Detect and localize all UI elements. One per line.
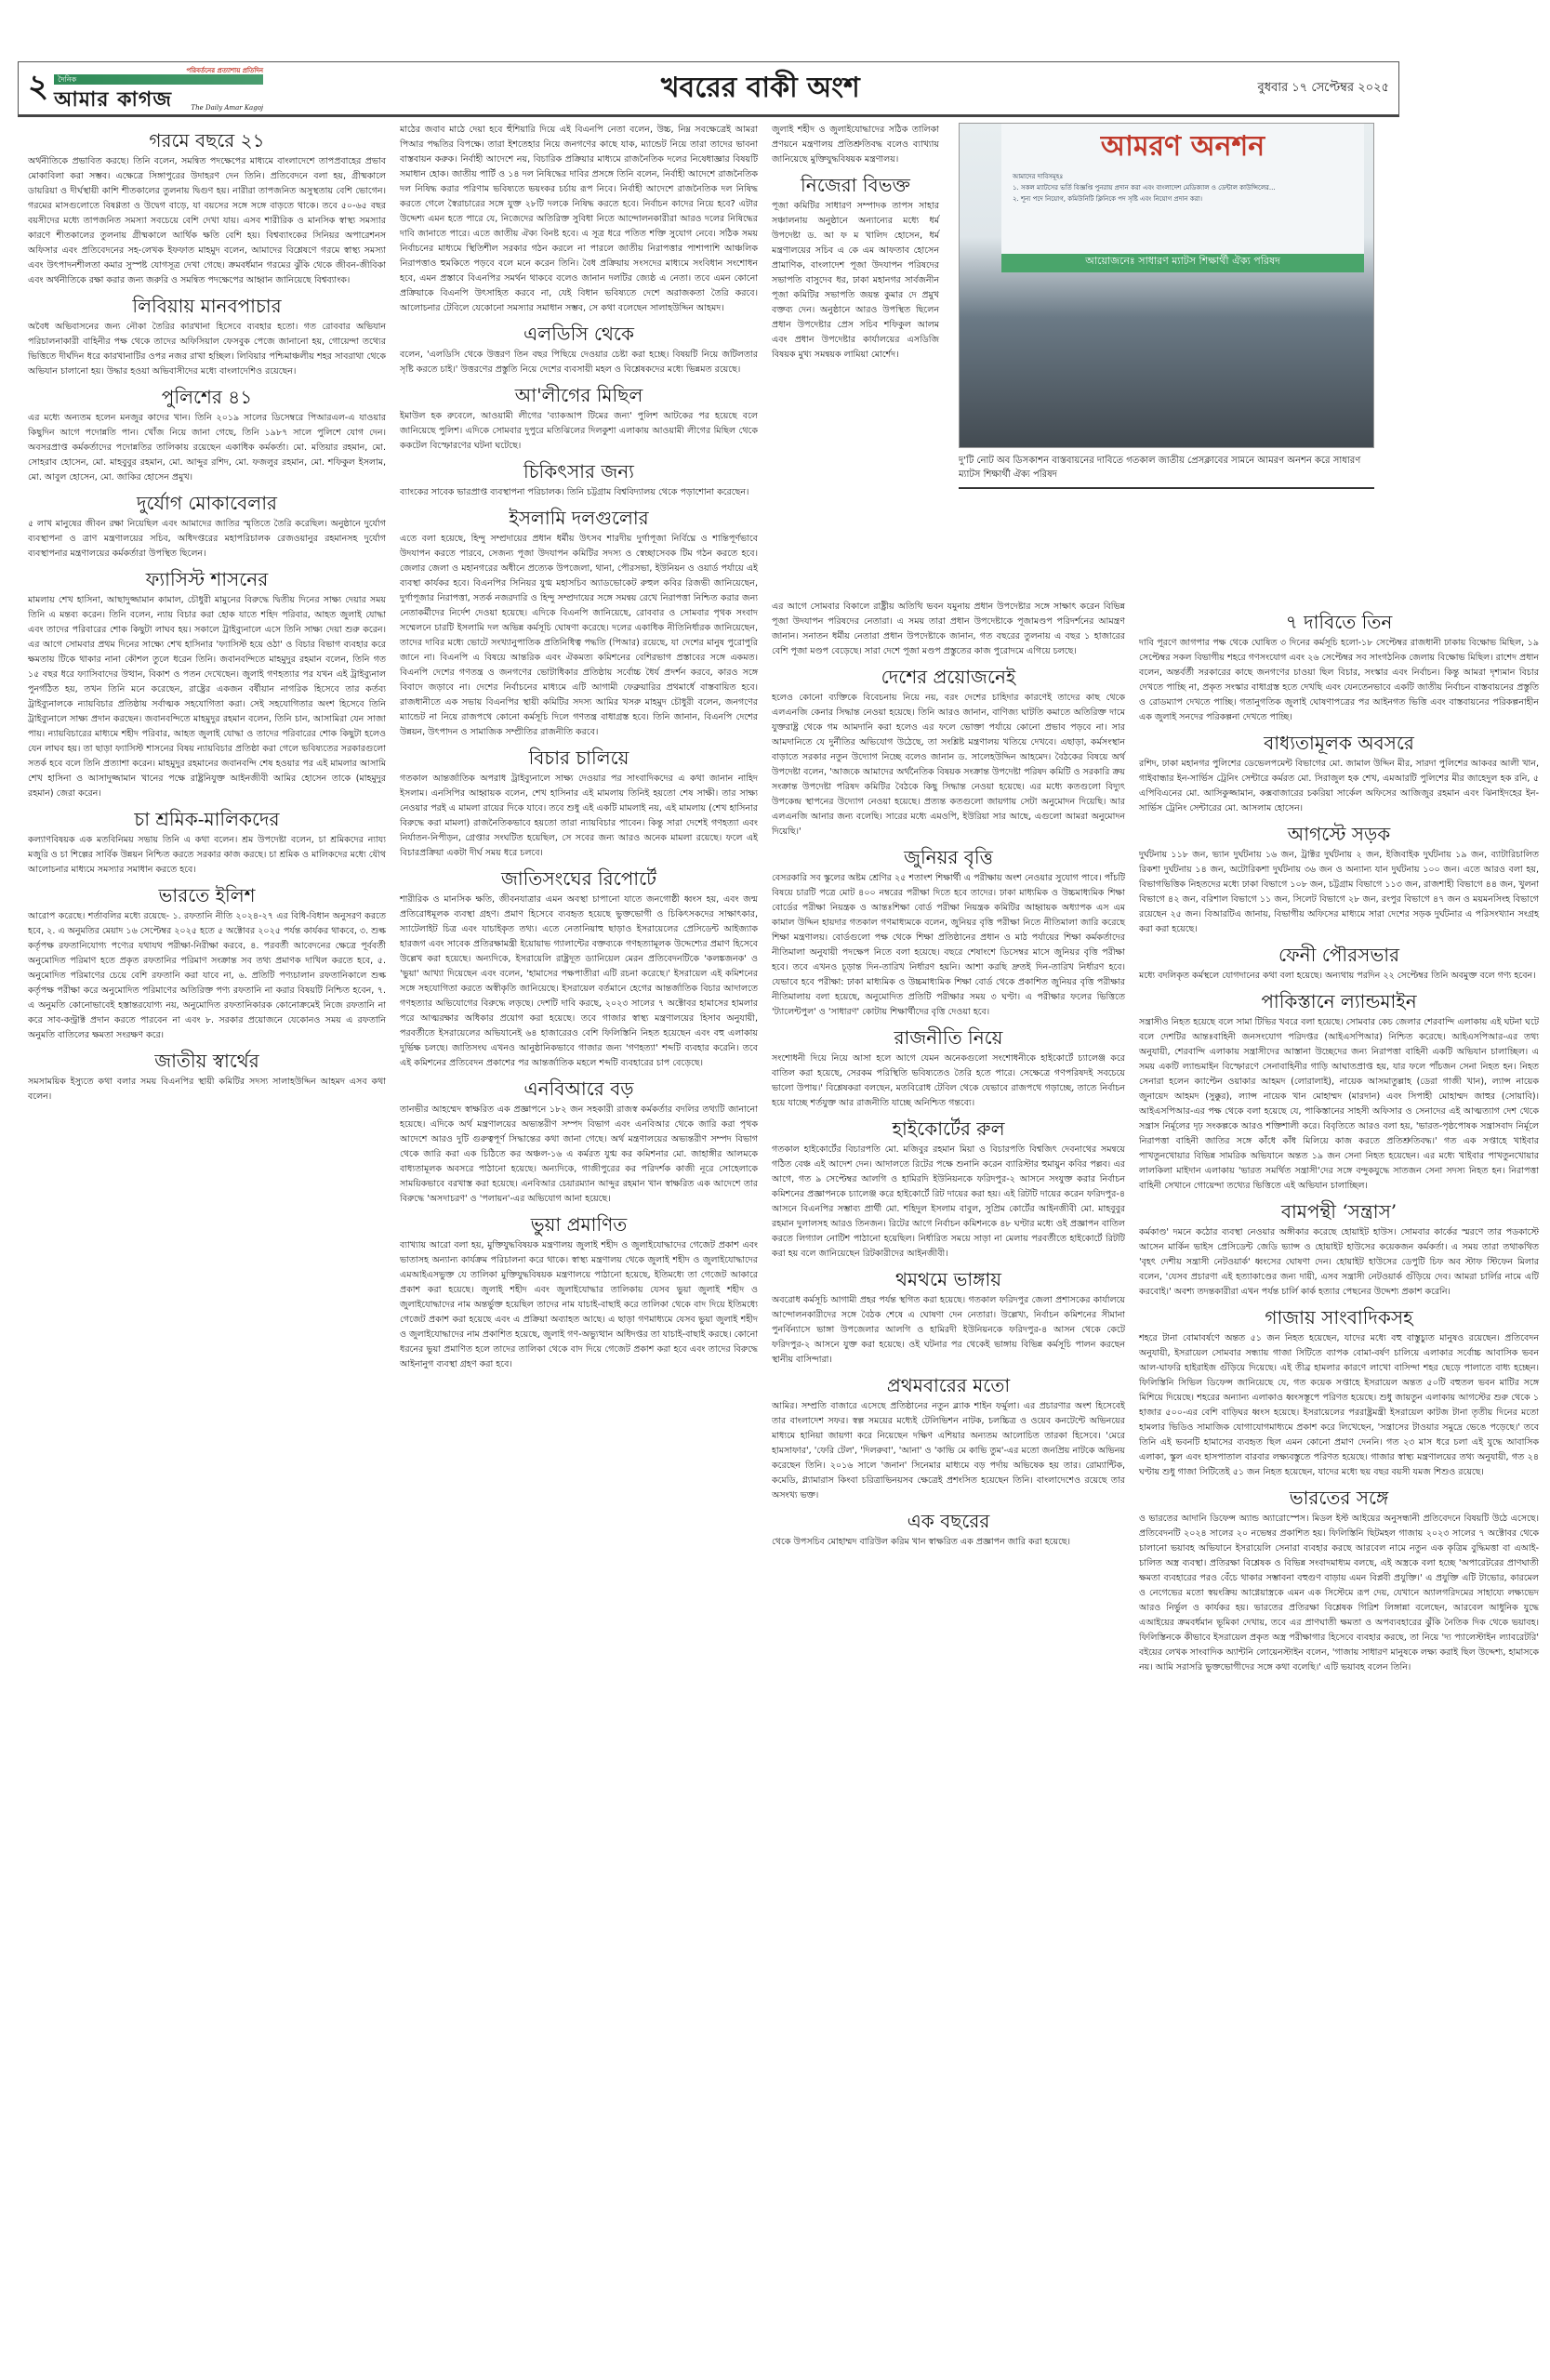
article-body: ৫ লাখ মানুষের জীবন রক্ষা নিয়েছিল এবং আম… [28,517,386,562]
article-headline: জাতীয় স্বার্থের [28,1049,386,1073]
column-3-top: জুলাই শহীদ ও জুলাইযোদ্ধাদের সঠিক তালিকা … [772,123,939,363]
article-headline: পাকিস্তানে ল্যান্ডমাইন [1139,989,1539,1013]
article-headline: বিচার চালিয়ে [400,746,758,770]
article-headline: পুলিশের ৪১ [28,385,386,409]
article-headline: জুনিয়র বৃত্তি [772,845,1125,869]
banner-demands-label: আমাদের দাবিসমূহঃ [1001,171,1364,182]
column-2: মাঠের জবাব মাঠে দেয়া হবে হুঁশিয়ারি দিয… [400,123,758,1372]
article-headline: হাইকোর্টের রুল [772,1117,1125,1141]
article-body: থেকে উপসচিব মোহাম্মদ বারিউল করিম খান স্ব… [772,1535,1125,1550]
article-headline: জাতিসংঘের রিপোর্টে [400,866,758,891]
article-body: গতকাল আন্তর্জাতিক অপরাধ ট্রাইব্যুনালে সা… [400,772,758,861]
article-headline: ভারতে ইলিশ [28,883,386,907]
article-headline: থমথমে ভাঙ্গায় [772,1267,1125,1291]
photo-caption: দু'টি নোট অব ডিসকাশন বাস্তবায়নের দাবিতে… [959,454,1374,489]
page-number: ২ [28,62,48,115]
newspaper-logo: পরিবর্তনের প্রত্যাশায় প্রতিদিন দৈনিক আম… [54,65,263,112]
article-body: আমির। সম্প্রতি বাজারে এসেছে প্রতিষ্ঠানের… [772,1399,1125,1503]
banner-demand-2: ২. শূন্য পদে নিয়োগ, কমিউনিটি ক্লিনিকে প… [1001,193,1364,205]
column-1: গরমে বছরে ২১অর্থনীতিকে প্রভাবিত করছে। তি… [28,123,386,1104]
article-body: সংশোধনী দিয়ে নিয়ে আসা হলে আগে যেমন অনে… [772,1051,1125,1111]
article-headline: ভারতের সঙ্গে [1139,1486,1539,1510]
article-body: গতকাল হাইকোর্টের বিচারপতি মো. মজিবুর রহম… [772,1143,1125,1262]
article-headline: লিবিয়ায় মানবপাচার [28,294,386,318]
article-body: দাবি পূরণে জাগপার পক্ষ থেকে ঘোষিত ৩ দিনে… [1139,636,1539,725]
issue-date: বুধবার ১৭ সেপ্টেম্বর ২০২৫ [1257,79,1389,99]
article-headline: বাধ্যতামূলক অবসরে [1139,731,1539,755]
article-headline: দুর্যোগ মোকাবেলার [28,491,386,515]
article-body: ও ভারতের আদানি ডিফেন্স অ্যান্ড অ্যারোস্প… [1139,1512,1539,1675]
column-3-bottom: এর আগে সোমবার বিকালে রাষ্ট্রীয় অতিথি ভব… [772,600,1125,1550]
article-body: তানভীর আহম্মেদ স্বাক্ষরিত এক প্রজ্ঞাপনে … [400,1103,758,1207]
banner-organizer: আয়োজনেঃ সাধারণ ম্যাটস শিক্ষার্থী ঐক্য প… [1001,253,1364,271]
article-body: কল্যাণবিষয়ক এক মতবিনিময় সভায় তিনি এ ক… [28,833,386,878]
article-body: রশিদ, ঢাকা মহানগর পুলিশের ডেভেলপমেন্ট বি… [1139,757,1539,816]
article-headline: বামপন্থী ‘সন্ত্রাস’ [1139,1199,1539,1223]
masthead-left: ২ পরিবর্তনের প্রত্যাশায় প্রতিদিন দৈনিক … [28,62,263,115]
article-body: সমসাময়িক ইস্যুতে কথা বলার সময় বিএনপির … [28,1075,386,1104]
article-headline: গাজায় সাংবাদিকসহ [1139,1305,1539,1329]
article-body: পূজা কমিটির সাধারণ সম্পাদক তাপস সাহার সঞ… [772,199,939,363]
article-headline: এলডিসি থেকে [400,322,758,346]
article-body: মামলায় শেখ হাসিনা, আছাদুজ্জামান কামাল, … [28,593,386,801]
article-headline: ফ্যাসিস্ট শাসনের [28,567,386,591]
article-body: ব্যাখ্যায় আরো বলা হয়, মুক্তিযুদ্ধবিষয়… [400,1238,758,1372]
article-body: অর্থনীতিকে প্রভাবিত করছে। তিনি বলেন, সমন… [28,154,386,288]
article-headline: চিকিৎসার জন্য [400,459,758,483]
article-body: বেসরকারি সব স্কুলের অষ্টম শ্রেণির ২৫ শতা… [772,871,1125,1020]
article-body: এতে বলা হয়েছে, হিন্দু সম্প্রদায়ের প্রধ… [400,532,758,740]
article-headline: ইসলামি দলগুলোর [400,506,758,530]
article-body: জুলাই শহীদ ও জুলাইযোদ্ধাদের সঠিক তালিকা … [772,123,939,167]
article-headline: নিজেরা বিভক্ত [772,173,939,197]
photo-banner: আমরণ অনশন আমাদের দাবিসমূহঃ ১. সকল ম্যাটস… [1001,124,1364,272]
article-headline: আগস্টে সড়ক [1139,822,1539,846]
article-body: এর মধ্যে অন্যতম হলেন মনজুর কাদের খান। তি… [28,411,386,485]
article-body: মাঠের জবাব মাঠে দেয়া হবে হুঁশিয়ারি দিয… [400,123,758,316]
article-headline: ৭ দাবিতে তিন [1139,610,1539,634]
article-body: শহরে টানা বোমাবর্ষণে অন্তত ৫১ জন নিহত হয… [1139,1331,1539,1480]
article-headline: আ'লীগের মিছিল [400,383,758,407]
article-body: ব্যাংকের সাবেক ভারপ্রাপ্ত ব্যবস্থাপনা পর… [400,485,758,500]
article-headline: দেশের প্রয়োজনেই [772,665,1125,689]
article-body: হলেও কোনো ব্যক্তিকে বিবেচনায় নিয়ে নয়,… [772,691,1125,840]
banner-demand-1: ১. সকল ম্যাটসের ভর্তি বিজ্ঞপ্তি পুনরায় … [1001,182,1364,193]
article-headline: চা শ্রমিক-মালিকদের [28,807,386,831]
article-body: আরোপ করেছে। শর্তাবলির মধ্যে রয়েছে- ১. র… [28,909,386,1043]
section-title: খবরের বাকী অংশ [661,65,860,112]
article-body: অবৈধ অভিবাসনের জন্য নৌকা তৈরির কারখানা হ… [28,320,386,379]
news-photo: আমরণ অনশন আমাদের দাবিসমূহঃ ১. সকল ম্যাটস… [959,123,1374,448]
article-headline: এক বছরের [772,1509,1125,1533]
article-body: দুর্ঘটনায় ১১৮ জন, ভ্যান দুর্ঘটনায় ১৬ জ… [1139,848,1539,937]
article-headline: ফেনী পৌরসভার [1139,943,1539,967]
column-4: ৭ দাবিতে তিনদাবি পূরণে জাগপার পক্ষ থেকে … [1139,604,1539,1675]
article-body: সন্ত্রাসীও নিহত হয়েছে বলে সামা টিভির খব… [1139,1015,1539,1194]
article-headline: রাজনীতি নিয়ে [772,1025,1125,1050]
article-body: মধ্যে বদলিকৃত কর্মস্থলে যোগদানের কথা বলা… [1139,969,1539,984]
newspaper-page: ২ পরিবর্তনের প্রত্যাশায় প্রতিদিন দৈনিক … [0,0,1550,2380]
article-headline: প্রথমবারের মতো [772,1373,1125,1397]
banner-title: আমরণ অনশন [1001,124,1364,171]
article-headline: গরমে বছরে ২১ [28,128,386,152]
masthead: ২ পরিবর্তনের প্রত্যাশায় প্রতিদিন দৈনিক … [18,61,1399,117]
article-body: কর্মকাণ্ড' দমনে কঠোর ব্যবস্থা নেওয়ার অঙ… [1139,1225,1539,1300]
logo-name: আমার কাগজ [54,84,172,118]
article-body: বলেন, 'এলডিসি থেকে উত্তরণ তিন বছর পিছিয়… [400,348,758,377]
article-body: ইমাউল হক রুবেলে, আওয়ামী লীগের 'ব্যাকআপ … [400,409,758,454]
article-body: শারীরিক ও মানসিক ক্ষতি, জীবনযাত্রার এমন … [400,892,758,1071]
article-headline: ভুয়া প্রমাণিত [400,1212,758,1236]
article-headline: এনবিআরে বড় [400,1077,758,1101]
article-body: এর আগে সোমবার বিকালে রাষ্ট্রীয় অতিথি ভব… [772,600,1125,659]
logo-english-name: The Daily Amar Kagoj [191,104,263,112]
article-body: অবরোধ কর্মসূচি আগামী প্রহর পর্যন্ত স্থগি… [772,1293,1125,1368]
